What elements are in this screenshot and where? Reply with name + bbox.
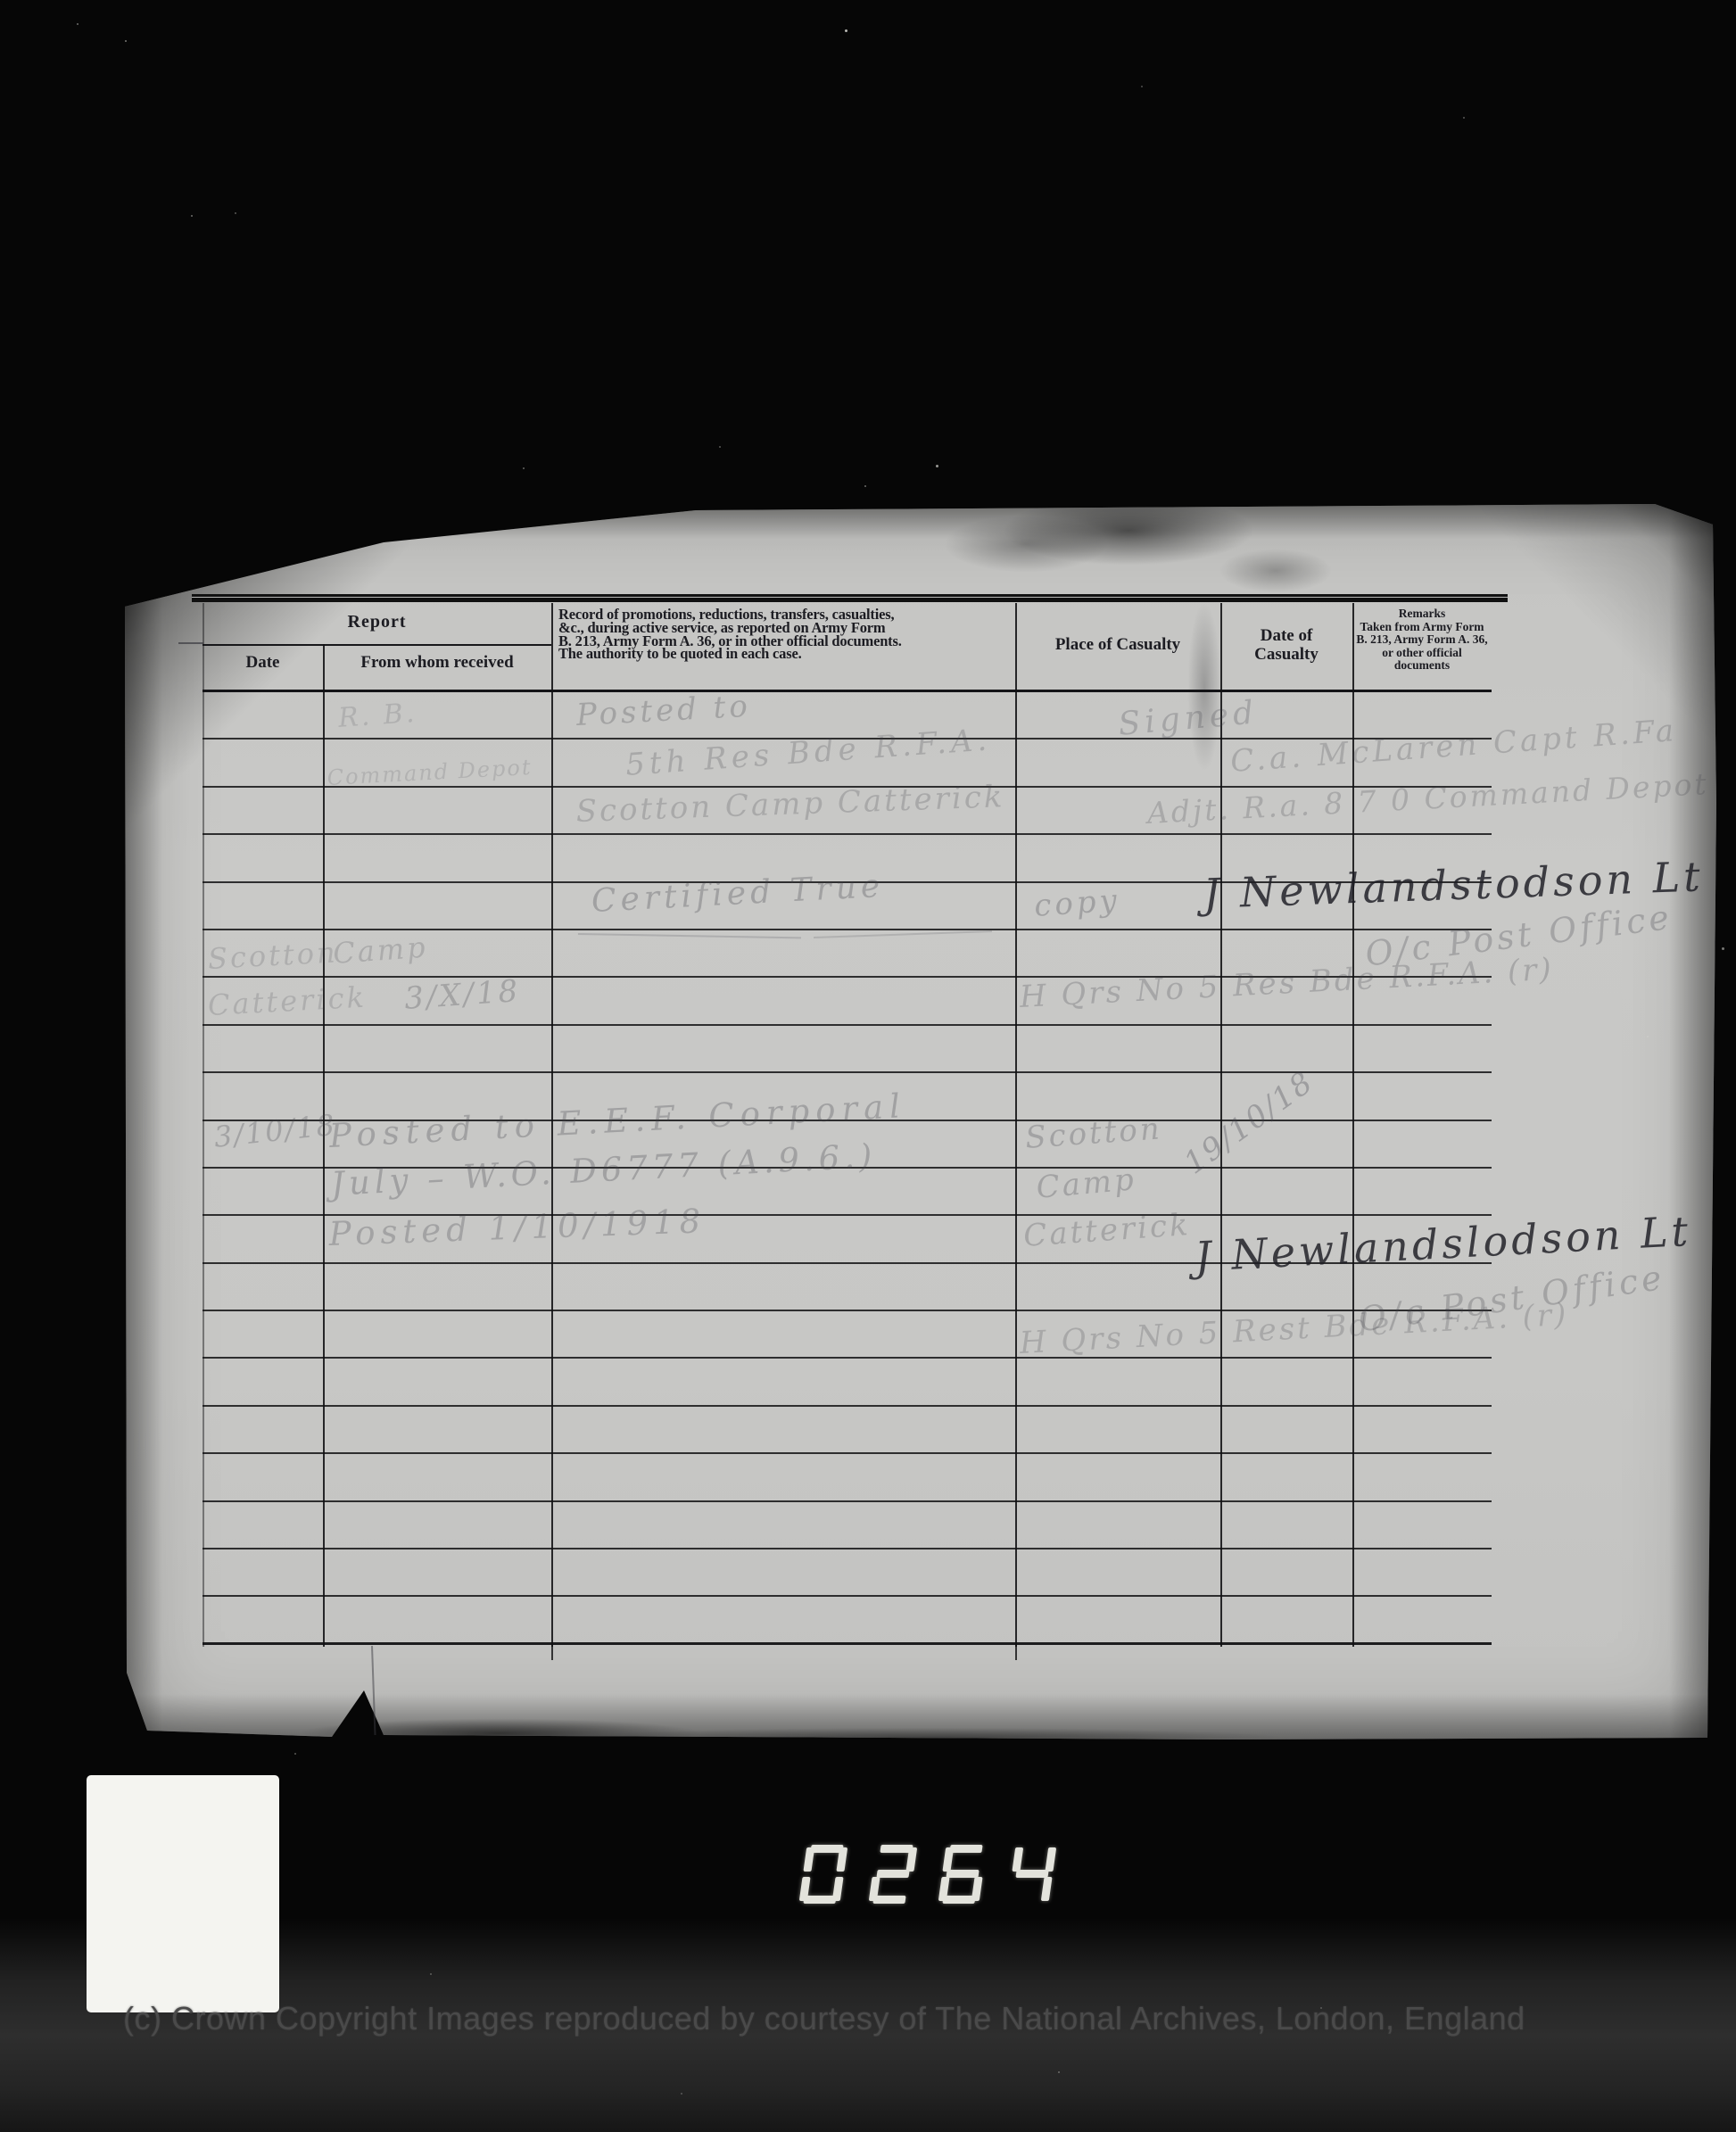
counter-digit	[868, 1845, 917, 1904]
table-header: Report Date From whom received Record of…	[203, 603, 1492, 692]
table-row-line	[203, 835, 1492, 882]
table-row-line	[203, 883, 1492, 930]
digit-segment	[942, 1847, 954, 1872]
digit-segment	[949, 1845, 982, 1853]
header-date: Date	[203, 653, 323, 673]
column-divider-from-whom	[551, 603, 553, 1647]
dust-speck	[191, 215, 193, 217]
counter-digit	[1007, 1845, 1056, 1904]
header-report: Report	[203, 612, 551, 632]
header-place-of-casualty: Place of Casualty	[1015, 635, 1220, 655]
dust-speck	[1722, 947, 1724, 950]
table-row-line	[203, 978, 1492, 1025]
dust-speck	[77, 23, 79, 25]
table-row-line	[203, 1311, 1492, 1359]
casualty-record-table: Report Date From whom received Record of…	[203, 603, 1492, 1647]
archive-scan-frame: Report Date From whom received Record of…	[0, 0, 1736, 2132]
report-underline	[203, 644, 551, 646]
dust-speck	[1320, 2007, 1322, 2009]
dust-speck	[235, 212, 236, 214]
digit-segment	[872, 1896, 905, 1904]
table-row-line	[203, 1502, 1492, 1549]
table-row-line	[203, 692, 1492, 740]
column-divider-stub	[551, 1645, 553, 1660]
digit-segment	[803, 1847, 814, 1872]
digit-segment	[1012, 1847, 1023, 1872]
dust-speck	[1463, 117, 1465, 119]
dust-speck	[125, 40, 127, 42]
counter-digit	[798, 1845, 847, 1904]
calibration-card	[87, 1775, 279, 2012]
column-divider-date-casualty	[1352, 603, 1354, 1647]
table-row-line	[203, 1073, 1492, 1120]
table-row-line	[203, 788, 1492, 835]
table-row-line	[203, 1264, 1492, 1311]
table-left-border	[203, 603, 204, 1647]
header-record-of-promotions: Record of promotions, reductions, transf…	[558, 608, 1012, 661]
table-row-line	[203, 1026, 1492, 1073]
table-row-line	[203, 1359, 1492, 1406]
dust-speck	[1058, 2071, 1060, 2073]
dust-speck	[864, 485, 866, 487]
column-divider-record	[1015, 603, 1017, 1647]
table-row-line	[203, 1549, 1492, 1597]
dust-speck	[430, 1973, 432, 1975]
copyright-notice: (c) Crown Copyright Images reproduced by…	[123, 2000, 1525, 2037]
column-divider-stub	[1015, 1645, 1017, 1660]
column-divider-place	[1220, 603, 1222, 1647]
dust-speck	[845, 29, 847, 32]
table-row-line	[203, 1454, 1492, 1501]
dust-speck	[523, 467, 525, 469]
header-remarks: Remarks Taken from Army Form B. 213, Arm…	[1352, 607, 1492, 673]
table-row-line	[203, 740, 1492, 787]
dust-speck	[1647, 1036, 1649, 1037]
dust-speck	[936, 465, 938, 467]
table-top-border	[192, 594, 1508, 602]
table-row-line	[203, 930, 1492, 978]
dust-speck	[294, 1753, 296, 1755]
digit-segment	[971, 1877, 983, 1901]
header-from-whom-received: From whom received	[323, 653, 551, 673]
digit-segment	[803, 1896, 836, 1904]
counter-digit	[938, 1845, 987, 1904]
digit-segment	[876, 1870, 909, 1878]
dust-speck	[1141, 86, 1143, 87]
header-date-of-casualty: Date of Casualty	[1220, 626, 1352, 664]
dust-speck	[681, 2093, 682, 2095]
dust-speck	[719, 446, 721, 448]
table-body	[203, 692, 1492, 1645]
table-row-line	[203, 1407, 1492, 1454]
digit-segment	[1045, 1847, 1056, 1872]
table-row-line	[203, 1216, 1492, 1263]
table-row-line	[203, 1121, 1492, 1169]
army-form-page: Report Date From whom received Record of…	[125, 498, 1718, 1743]
column-divider-date	[323, 644, 325, 1647]
table-row-line	[203, 1169, 1492, 1216]
table-row-line	[203, 1597, 1492, 1644]
digit-segment	[1041, 1877, 1053, 1901]
frame-counter	[798, 1845, 1056, 1904]
